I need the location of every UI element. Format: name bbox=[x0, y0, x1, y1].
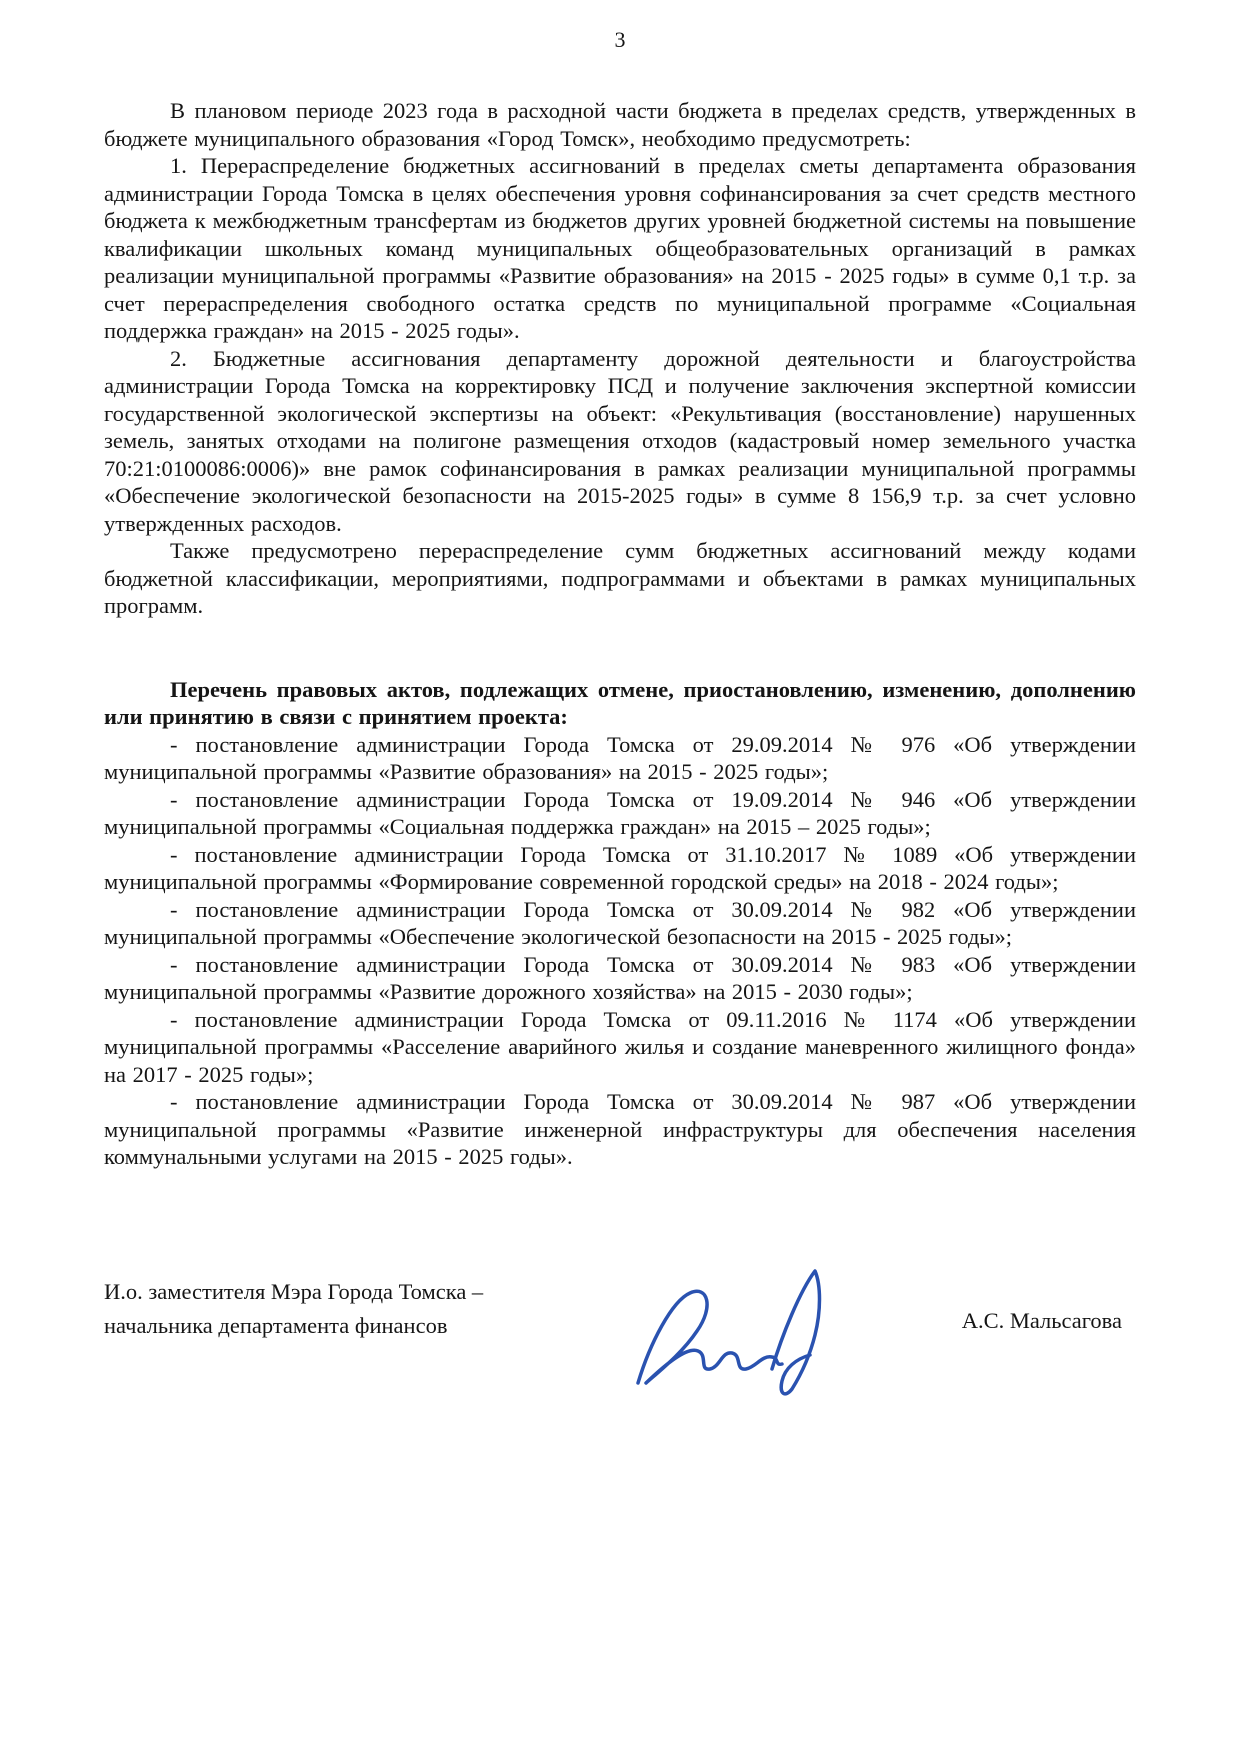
legal-acts-heading: Перечень правовых актов, подлежащих отме… bbox=[104, 676, 1136, 731]
legal-act-item: - постановление администрации Города Том… bbox=[104, 1088, 1136, 1171]
signer-position-line-1: И.о. заместителя Мэра Города Томска – bbox=[104, 1275, 574, 1309]
legal-act-item: - постановление администрации Города Том… bbox=[104, 951, 1136, 1006]
signature-block: И.о. заместителя Мэра Города Томска – на… bbox=[104, 1275, 1136, 1343]
paragraph-item-2: 2. Бюджетные ассигнования департаменту д… bbox=[104, 345, 1136, 538]
paragraph-intro: В плановом периоде 2023 года в расходной… bbox=[104, 97, 1136, 152]
document-body: В плановом периоде 2023 года в расходной… bbox=[104, 97, 1136, 1343]
legal-act-item: - постановление администрации Города Том… bbox=[104, 841, 1136, 896]
paragraph-item-1: 1. Перераспределение бюджетных ассигнова… bbox=[104, 152, 1136, 345]
legal-act-item: - постановление администрации Города Том… bbox=[104, 731, 1136, 786]
paragraph-also: Также предусмотрено перераспределение су… bbox=[104, 537, 1136, 620]
signer-position: И.о. заместителя Мэра Города Томска – на… bbox=[104, 1275, 574, 1343]
page-number: 3 bbox=[104, 26, 1136, 53]
signer-name: А.С. Мальсагова bbox=[962, 1307, 1122, 1335]
legal-act-item: - постановление администрации Города Том… bbox=[104, 786, 1136, 841]
handwritten-signature-icon bbox=[624, 1263, 844, 1413]
legal-act-item: - постановление администрации Города Том… bbox=[104, 896, 1136, 951]
document-page: 3 В плановом периоде 2023 года в расходн… bbox=[0, 0, 1240, 1753]
legal-act-item: - постановление администрации Города Том… bbox=[104, 1006, 1136, 1089]
signer-position-line-2: начальника департамента финансов bbox=[104, 1309, 574, 1343]
